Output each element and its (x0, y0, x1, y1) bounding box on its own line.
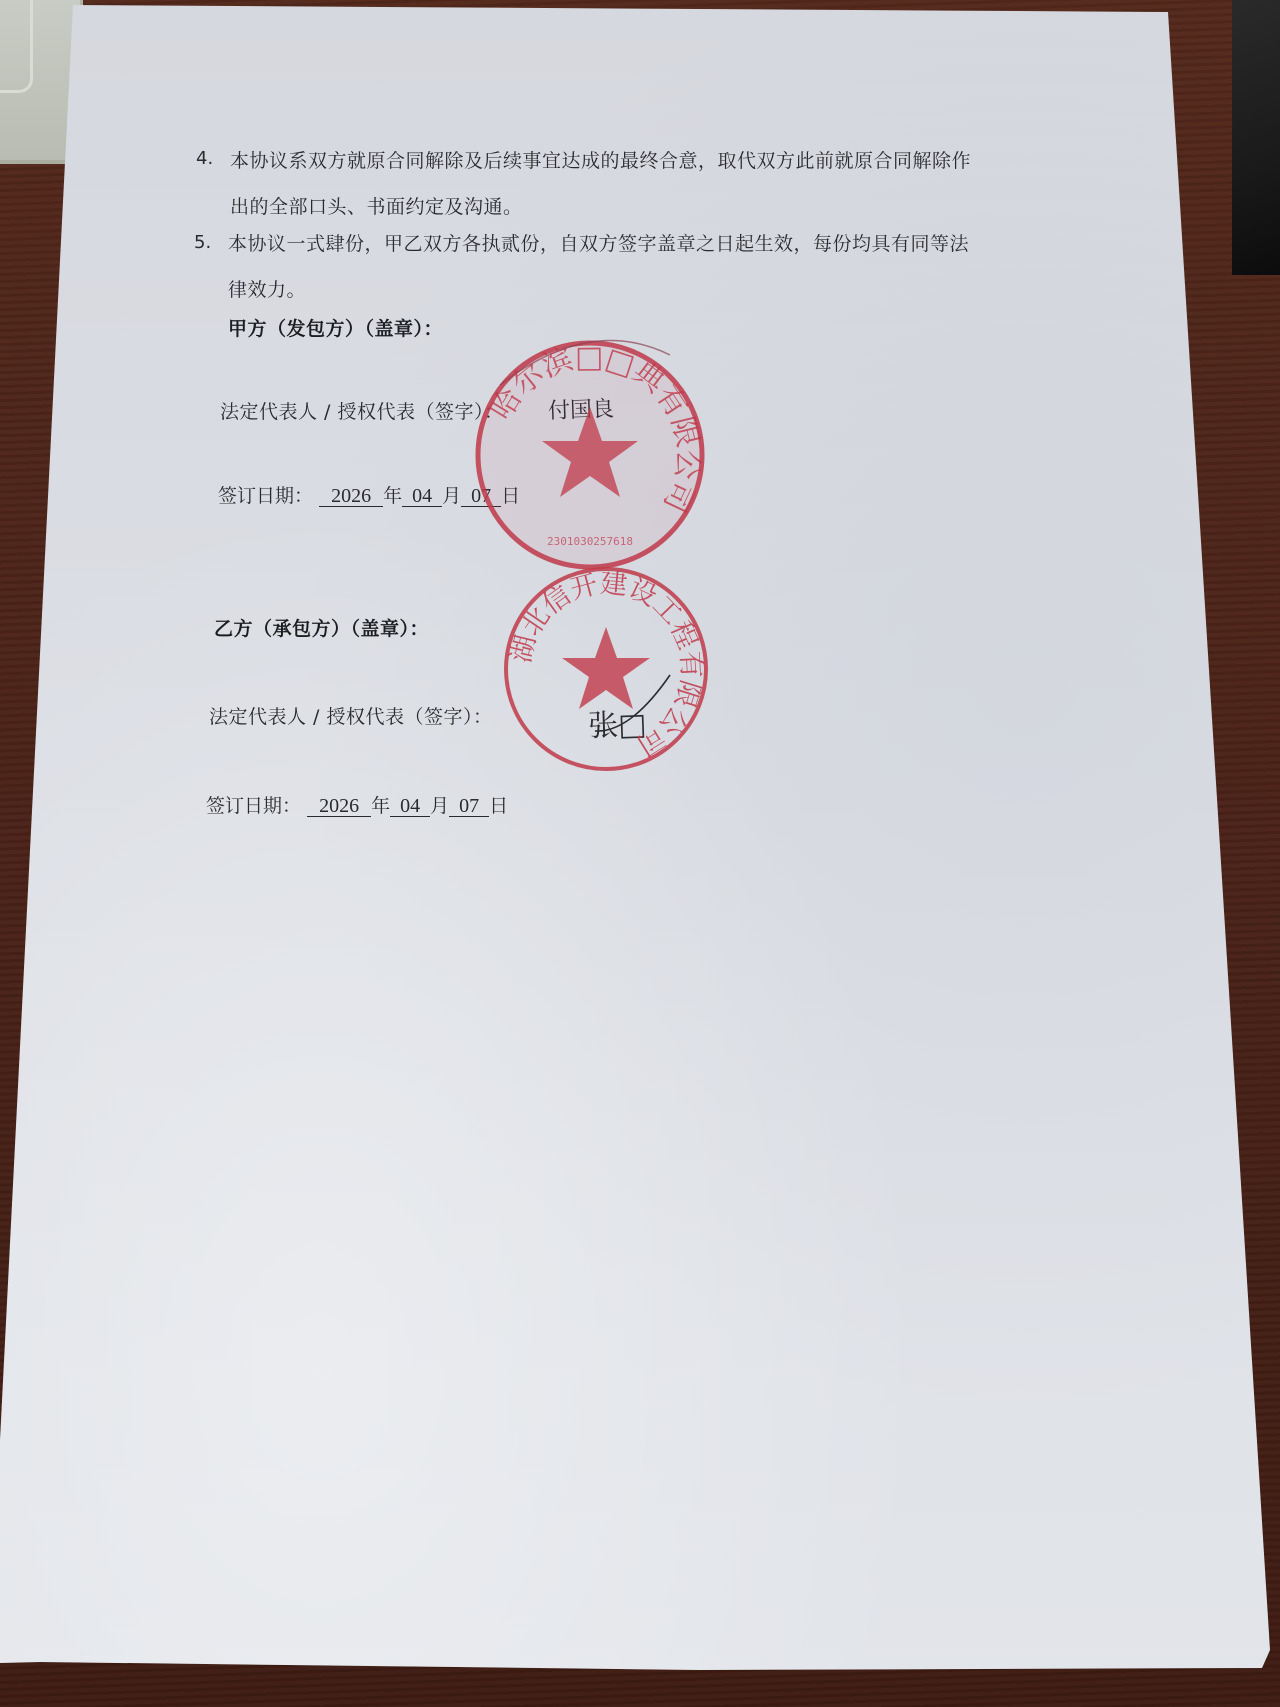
party-b-date-line: 签订日期： 2026年04月07日 (206, 791, 508, 818)
dark-object (1232, 0, 1280, 275)
clause-5-number: 5. (194, 232, 211, 253)
party-b-signature: 张□ (587, 699, 647, 745)
clause-5-line-1: 本协议一式肆份，甲乙双方各执贰份，自双方签字盖章之日起生效，每份均具有同等法 (228, 229, 969, 256)
party-a-rep-label: 法定代表人 / 授权代表（签字）： (220, 397, 503, 424)
paper-sheet (0, 0, 1280, 1707)
party-b-date-day-unit: 日 (489, 795, 508, 817)
party-b-rep-label: 法定代表人 / 授权代表（签字）： (209, 702, 492, 729)
party-a-label: 甲方（发包方）（盖章）： (228, 314, 443, 341)
party-b-date-year: 2026 (307, 796, 371, 817)
party-a-date-day-unit: 日 (501, 485, 520, 507)
party-a-date-month: 04 (402, 486, 442, 507)
party-b-date-label: 签订日期： (206, 795, 301, 817)
tray-inner (0, 0, 33, 93)
clause-5-line-2: 律效力。 (228, 275, 306, 302)
party-a-date-month-unit: 月 (442, 485, 461, 507)
party-b-date-month-unit: 月 (430, 795, 449, 817)
party-a-date-label: 签订日期： (218, 485, 313, 507)
party-b-date-day: 07 (449, 796, 489, 817)
clause-4-line-1: 本协议系双方就原合同解除及后续事宜达成的最终合意，取代双方此前就原合同解除作 (230, 146, 971, 173)
clause-4-line-2: 出的全部口头、书面约定及沟通。 (230, 192, 523, 219)
party-b-date-month: 04 (390, 796, 430, 817)
party-b-label: 乙方（承包方）（盖章）： (214, 614, 429, 641)
party-a-date-year-unit: 年 (383, 485, 402, 507)
party-b-date-year-unit: 年 (371, 795, 390, 817)
party-a-date-year: 2026 (319, 486, 383, 507)
clause-4-number: 4. (196, 148, 213, 169)
party-a-date-line: 签订日期： 2026年04月07日 (218, 481, 520, 508)
party-a-signature: 付国良 (547, 392, 614, 425)
party-a-date-day: 07 (461, 486, 501, 507)
